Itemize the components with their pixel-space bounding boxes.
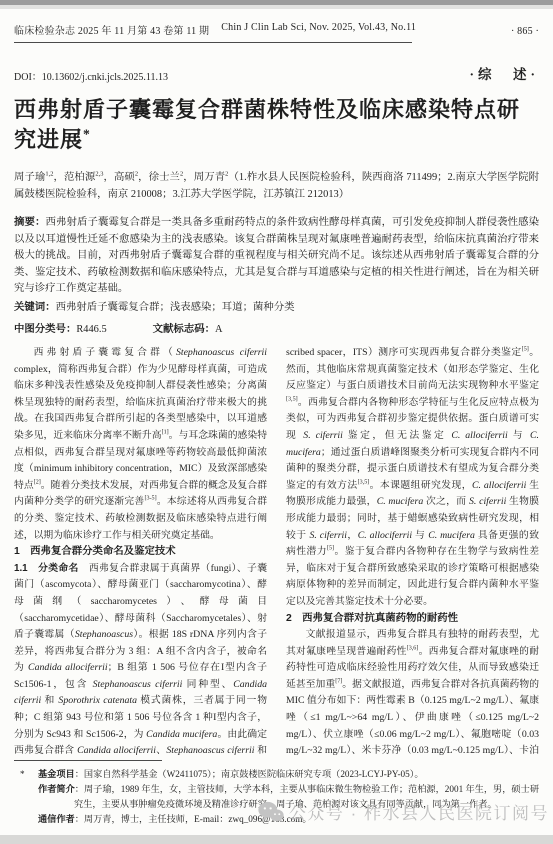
left-column: 西弗射盾子囊霉复合群（Stephanoascus ciferrii comple…	[14, 345, 267, 783]
doi-text: DOI：10.13602/j.cnki.jcls.2025.11.13	[14, 68, 168, 83]
footnote-divider	[14, 760, 162, 761]
wechat-icon	[258, 801, 284, 823]
abstract-label: 摘要：	[14, 217, 46, 228]
journal-info: 临床检验杂志 2025 年 11 月第 43 卷第 11 期 Chin J Cl…	[14, 22, 416, 37]
fund-line: *基金项目：国家自然科学基金（W2411075）；南京鼓楼医院临床研究专项（20…	[14, 767, 539, 782]
page-number: · 865 ·	[511, 26, 539, 37]
keywords-text: 西弗射盾子囊霉复合群；浅表感染；耳道；菌种分类	[56, 302, 295, 313]
abstract-text: 西弗射盾子囊霉复合群是一类具备多重耐药特点的条件致病性酵母样真菌，可引发免疫抑制…	[14, 217, 539, 294]
classification-line: 中图分类号：R446.5 文献标志码：A	[14, 320, 539, 335]
watermark: 公众号 · 柞水县人民医院订阅号	[258, 799, 549, 824]
doc-code-label: 文献标志码：	[153, 324, 215, 335]
clc-value: R446.5	[76, 324, 106, 335]
section-heading-1: 1 西弗复合群分类命名及鉴定技术	[14, 544, 267, 561]
header-rule	[14, 42, 412, 43]
doc-code-value: A	[215, 324, 223, 335]
abstract-block: 摘要：西弗射盾子囊霉复合群是一类具备多重耐药特点的条件致病性酵母样真菌，可引发免…	[14, 215, 539, 298]
running-header: 临床检验杂志 2025 年 11 月第 43 卷第 11 期 Chin J Cl…	[14, 22, 539, 37]
photo-edge-bottom	[0, 835, 553, 844]
doi-row: DOI：10.13602/j.cnki.jcls.2025.11.13 ·综 述…	[14, 63, 539, 83]
fund-text: 基金项目：国家自然科学基金（W2411075）；南京鼓楼医院临床研究专项（202…	[38, 769, 424, 779]
doc-code-item: 文献标志码：A	[153, 320, 223, 335]
right-column: scribed spacer，ITS）测序可实现西弗复合群分类鉴定[5]。然而，…	[286, 345, 539, 783]
section-heading-2: 2 西弗复合群对抗真菌药物的耐药性	[286, 611, 539, 628]
article-title: 西弗射盾子囊霉复合群菌株特性及临床感染特点研究进展*	[14, 95, 539, 155]
paragraph-resistance: 文献报道显示，西弗复合群具有独特的耐药表型，尤其对氟康唑呈现普遍耐药性[3,6]…	[286, 627, 539, 776]
keywords-label: 关键词：	[14, 302, 56, 313]
clc-label: 中图分类号：	[14, 324, 76, 335]
journal-page: 临床检验杂志 2025 年 11 月第 43 卷第 11 期 Chin J Cl…	[0, 0, 553, 844]
authors-line: 周子瑜1,2，范柏源2,3，高硕2，徐士兰2，周万青2（1.柞水县人民医院检验科…	[14, 169, 539, 203]
watermark-text: 公众号 · 柞水县人民医院订阅号	[289, 799, 549, 824]
paragraph-intro: 西弗射盾子囊霉复合群（Stephanoascus ciferrii comple…	[14, 345, 267, 544]
column-type-label: ·综 述·	[469, 63, 539, 83]
journal-title-cn: 临床检验杂志 2025 年 11 月第 43 卷第 11 期	[14, 22, 209, 37]
page-content: 临床检验杂志 2025 年 11 月第 43 卷第 11 期 Chin J Cl…	[0, 0, 553, 783]
paragraph-identification-cont: scribed spacer，ITS）测序可实现西弗复合群分类鉴定[5]。然而，…	[286, 345, 539, 611]
photo-edge-top-light	[0, 5, 553, 9]
footnote-star: *	[20, 767, 25, 782]
clc-item: 中图分类号：R446.5	[14, 320, 107, 335]
keywords-line: 关键词：西弗射盾子囊霉复合群；浅表感染；耳道；菌种分类	[14, 300, 539, 317]
journal-title-en: Chin J Clin Lab Sci, Nov. 2025, Vol.43, …	[221, 22, 416, 37]
paragraph-taxonomy: 1.1 分类命名 西弗复合群隶属于真菌界（fungi）、子囊菌门（ascomyc…	[14, 561, 267, 777]
body-columns: 西弗射盾子囊霉复合群（Stephanoascus ciferrii comple…	[14, 345, 539, 783]
